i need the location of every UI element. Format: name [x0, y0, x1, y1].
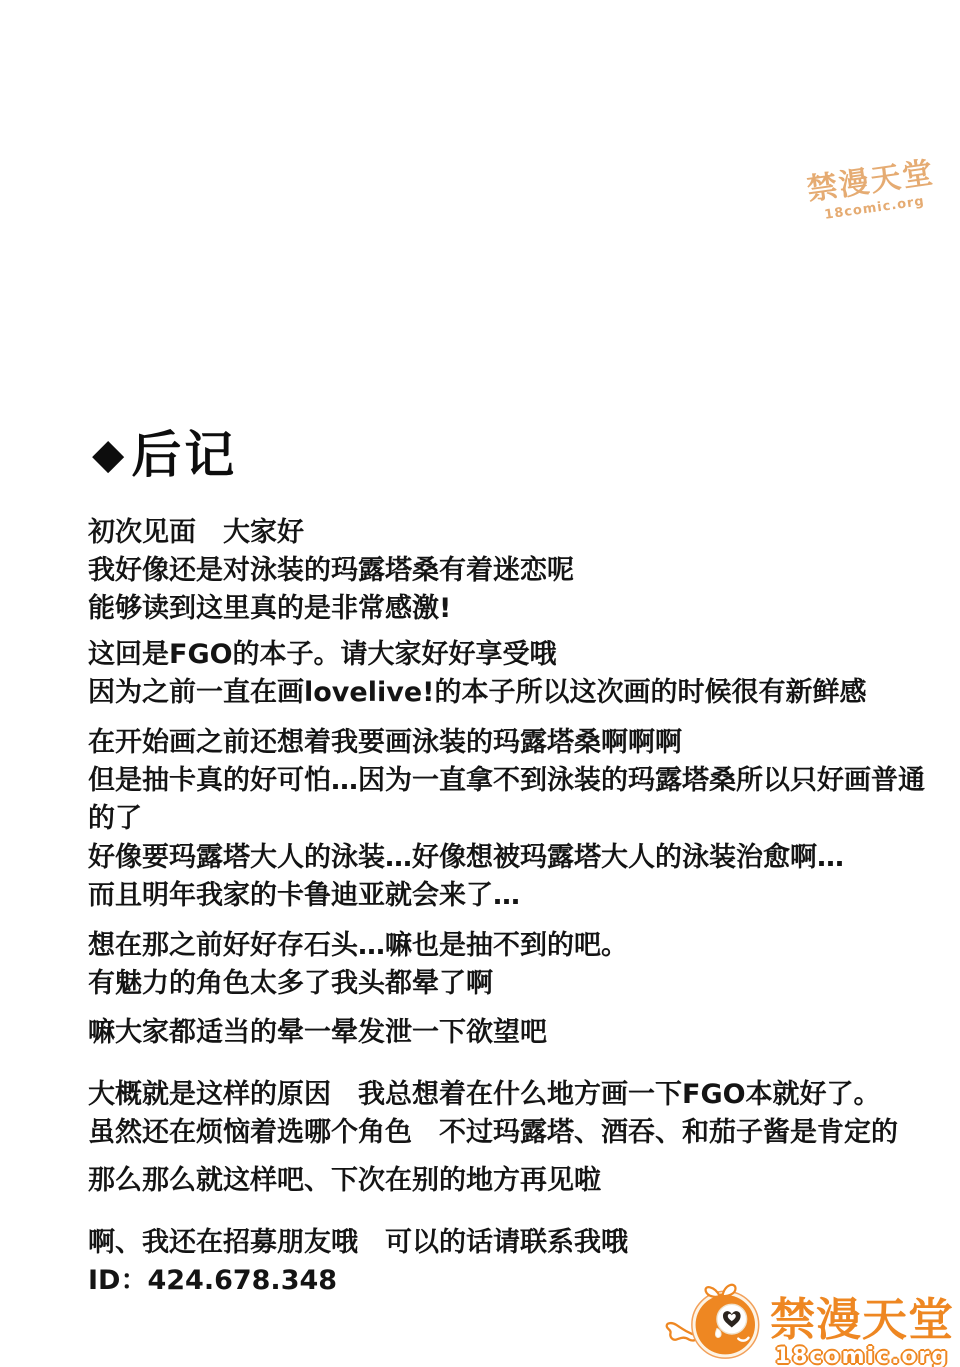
- text-line: 那么那么就这样吧、下次在别的地方再见啦: [88, 1162, 948, 1200]
- text-line: 想在那之前好好存石头…嘛也是抽不到的吧。: [88, 927, 948, 965]
- mascot-whale-icon: [664, 1277, 768, 1365]
- text-line: 啊、我还在招募朋友哦 可以的话请联系我哦: [88, 1224, 948, 1262]
- text-line: 大概就是这样的原因 我总想着在什么地方画一下FGO本就好了。: [88, 1076, 948, 1114]
- page-title-text: 后记: [131, 426, 237, 484]
- text-line: 虽然还在烦恼着选哪个角色 不过玛露塔、酒吞、和茄子酱是肯定的: [88, 1114, 948, 1152]
- diamond-icon: ◆: [92, 429, 127, 478]
- text-line: 嘛大家都适当的晕一晕发泄一下欲望吧: [88, 1014, 948, 1052]
- paragraph-farewell: 那么那么就这样吧、下次在别的地方再见啦: [88, 1162, 948, 1200]
- afterword-page: { "page": { "background": "#ffffff", "te…: [0, 0, 960, 1367]
- paragraph-swimsuit: 好像要玛露塔大人的泳装…好像想被玛露塔大人的泳装治愈啊…而且明年我家的卡鲁迪亚就…: [88, 839, 948, 915]
- paragraph-vent: 嘛大家都适当的晕一晕发泄一下欲望吧: [88, 1014, 948, 1052]
- text-line: 有魅力的角色太多了我头都晕了啊: [88, 965, 948, 1003]
- paragraph-reason: 大概就是这样的原因 我总想着在什么地方画一下FGO本就好了。虽然还在烦恼着选哪个…: [88, 1076, 948, 1152]
- text-line: 但是抽卡真的好可怕…因为一直拿不到泳装的玛露塔桑所以只好画普通: [88, 762, 948, 800]
- text-line: 初次见面 大家好: [88, 514, 948, 552]
- paragraph-greeting: 初次见面 大家好我好像还是对泳装的玛露塔桑有着迷恋呢能够读到这里真的是非常感激!: [88, 514, 948, 628]
- text-line: 这回是FGO的本子。请大家好好享受哦: [88, 636, 948, 674]
- logo-site-name: 禁漫天堂: [770, 1297, 954, 1342]
- logo-text: 禁漫天堂 18comic.org: [770, 1277, 954, 1367]
- page-title: ◆后记: [92, 428, 237, 483]
- text-line: 在开始画之前还想着我要画泳装的玛露塔桑啊啊啊: [88, 724, 948, 762]
- text-line: 的了: [88, 800, 948, 838]
- paragraph-gacha: 在开始画之前还想着我要画泳装的玛露塔桑啊啊啊但是抽卡真的好可怕…因为一直拿不到泳…: [88, 724, 948, 838]
- text-line: 能够读到这里真的是非常感激!: [88, 590, 948, 628]
- paragraph-fgo-book: 这回是FGO的本子。请大家好好享受哦因为之前一直在画lovelive!的本子所以…: [88, 636, 948, 712]
- text-line: 因为之前一直在画lovelive!的本子所以这次画的时候很有新鲜感: [88, 674, 948, 712]
- text-line: 我好像还是对泳装的玛露塔桑有着迷恋呢: [88, 552, 948, 590]
- text-line: 而且明年我家的卡鲁迪亚就会来了…: [88, 877, 948, 915]
- site-watermark: 禁漫天堂 18comic.org: [783, 152, 960, 227]
- text-line: 好像要玛露塔大人的泳装…好像想被玛露塔大人的泳装治愈啊…: [88, 839, 948, 877]
- paragraph-stones: 想在那之前好好存石头…嘛也是抽不到的吧。有魅力的角色太多了我头都晕了啊: [88, 927, 948, 1003]
- site-logo: 禁漫天堂 18comic.org: [664, 1277, 954, 1367]
- logo-site-url: 18comic.org: [770, 1344, 954, 1367]
